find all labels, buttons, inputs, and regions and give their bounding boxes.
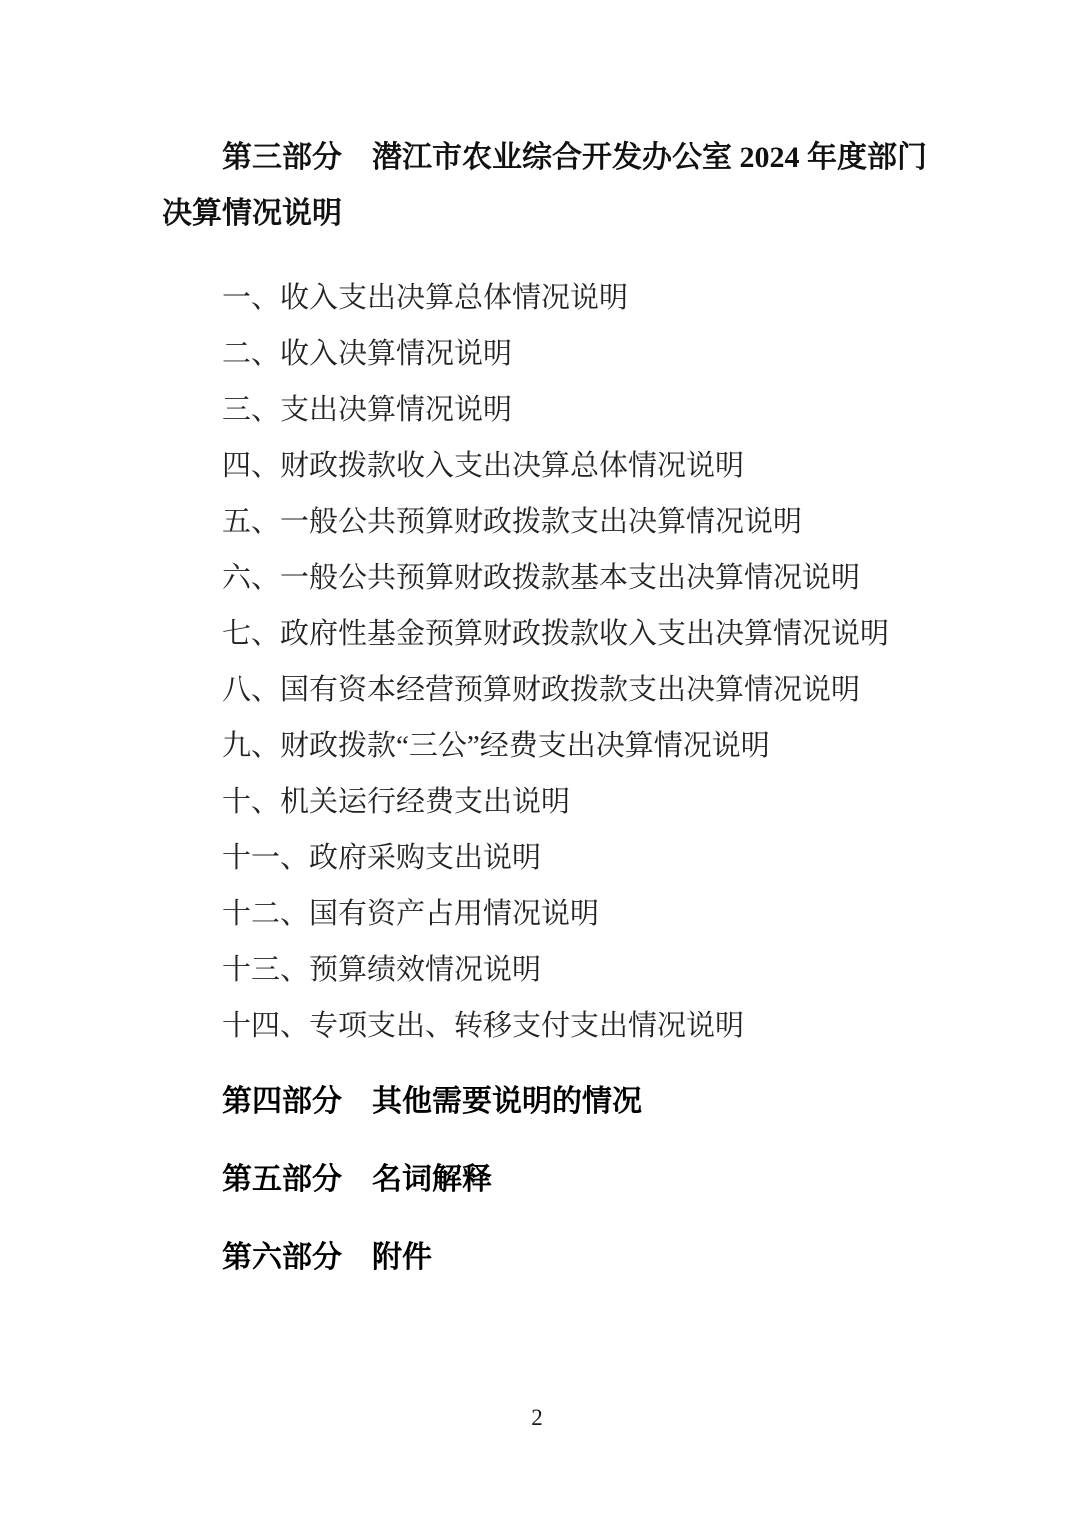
part5-heading: 第五部分 名词解释 [162, 1152, 934, 1208]
toc-item: 十、机关运行经费支出说明 [162, 774, 934, 830]
toc-item: 一、收入支出决算总体情况说明 [162, 270, 934, 326]
toc-item: 三、支出决算情况说明 [162, 382, 934, 438]
toc-item: 五、一般公共预算财政拨款支出决算情况说明 [162, 494, 934, 550]
toc-item: 十三、预算绩效情况说明 [162, 942, 934, 998]
toc-item: 四、财政拨款收入支出决算总体情况说明 [162, 438, 934, 494]
toc-list: 一、收入支出决算总体情况说明 二、收入决算情况说明 三、支出决算情况说明 四、财… [162, 270, 934, 1054]
toc-item: 十四、专项支出、转移支付支出情况说明 [162, 998, 934, 1054]
part4-heading: 第四部分 其他需要说明的情况 [162, 1074, 934, 1130]
document-page: 第三部分 潜江市农业综合开发办公室 2024 年度部门决算情况说明 一、收入支出… [0, 0, 1074, 1520]
toc-item: 八、国有资本经营预算财政拨款支出决算情况说明 [162, 662, 934, 718]
page-number: 2 [0, 1404, 1074, 1432]
toc-item: 二、收入决算情况说明 [162, 326, 934, 382]
toc-item: 七、政府性基金预算财政拨款收入支出决算情况说明 [162, 606, 934, 662]
toc-item: 九、财政拨款“三公”经费支出决算情况说明 [162, 718, 934, 774]
toc-item: 六、一般公共预算财政拨款基本支出决算情况说明 [162, 550, 934, 606]
part3-heading: 第三部分 潜江市农业综合开发办公室 2024 年度部门决算情况说明 [162, 130, 934, 242]
part6-heading: 第六部分 附件 [162, 1230, 934, 1286]
toc-item: 十二、国有资产占用情况说明 [162, 886, 934, 942]
toc-item: 十一、政府采购支出说明 [162, 830, 934, 886]
